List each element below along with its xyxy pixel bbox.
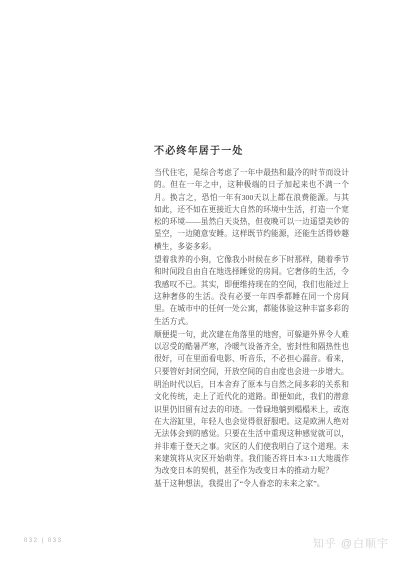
- paragraph-2: 望着我养的小狗，它像我小时候在乡下时那样，随着季节和时间段自由自在地选择睡觉的房…: [154, 254, 349, 328]
- zhihu-watermark: 知乎 @白顺宇: [313, 535, 389, 551]
- section-title: 不必终年居于一处: [154, 146, 349, 158]
- paragraph-5: 基于这种想法，我提出了“令人眷恋的未来之家”。: [154, 478, 349, 490]
- paragraph-3: 顺便提一句，此次建在角落里的地窖，可躲避外界令人难以忍受的酷暑严寒，冷暖气设备齐…: [154, 329, 349, 378]
- paragraph-4: 明治时代以后，日本舍弃了原本与自然之间多彩的关系和文化传统，走上了近代化的道路。…: [154, 379, 349, 477]
- paragraph-1: 当代住宅，是综合考虑了一年中最热和最冷的时节而设计的。但在一年之中，这种极端的日…: [154, 167, 349, 253]
- book-page: 不必终年居于一处 当代住宅，是综合考虑了一年中最热和最冷的时节而设计的。但在一年…: [0, 0, 400, 568]
- page-number-footer: 032 | 033: [24, 538, 62, 544]
- body-text: 当代住宅，是综合考虑了一年中最热和最冷的时节而设计的。但在一年之中，这种极端的日…: [154, 167, 349, 491]
- text-column: 不必终年居于一处 当代住宅，是综合考虑了一年中最热和最冷的时节而设计的。但在一年…: [154, 146, 349, 492]
